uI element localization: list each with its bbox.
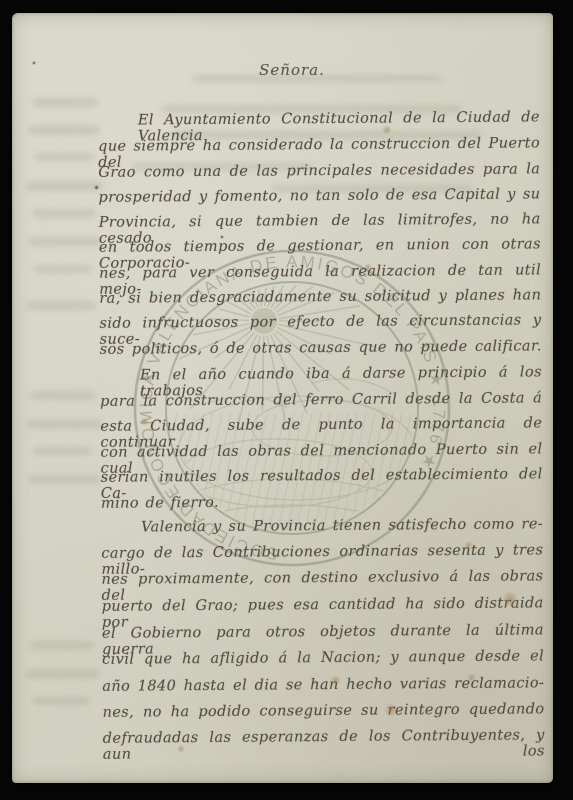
manuscript-line: cargo de las Contribuciones ordinarias s… — [101, 542, 543, 565]
manuscript-line: prosperidad y fomento, no tan solo de es… — [98, 186, 540, 209]
foxing-spot — [140, 417, 149, 426]
manuscript-line: con actividad las obras del mencionado P… — [100, 441, 542, 464]
foxing-spot — [364, 263, 372, 271]
manuscript-line: para la construccion del ferro Carril de… — [100, 390, 542, 413]
manuscript-line: serian inutiles los resultados del estab… — [101, 466, 543, 489]
manuscript-line: el Gobierno para otros objetos durante l… — [102, 622, 544, 645]
manuscript-line: Valencia y su Provincia tienen satisfech… — [141, 516, 543, 539]
manuscript-line: puerto del Grao; pues esa cantidad ha si… — [102, 595, 544, 618]
foxing-spot — [94, 185, 99, 190]
manuscript-line: El Ayuntamiento Constitucional de la Ciu… — [138, 109, 540, 132]
manuscript-line: sido infructuosos por efecto de las circ… — [99, 312, 541, 335]
manuscript-line: que siempre ha considerado la construcci… — [98, 135, 540, 158]
manuscript-line: mino de fierro. — [101, 495, 261, 516]
manuscript-line: nes, no ha podido conseguirse su reinteg… — [102, 701, 544, 724]
document-scan-background: SOCIEDAD ECONOMICA VALENCIANA DE AMIGOS … — [0, 0, 573, 800]
manuscript-line: defraudadas las esperanzas de los Contri… — [103, 727, 545, 750]
foxing-spot — [467, 673, 476, 682]
foxing-spot — [32, 61, 36, 65]
manuscript-line: esta Ciudad, sube de punto la importanci… — [100, 415, 542, 438]
manuscript-line: nes, para ver conseguida la realizacion … — [99, 262, 541, 285]
handwriting-lines: El Ayuntamiento Constitucional de la Ciu… — [11, 9, 558, 783]
foxing-spot — [220, 235, 224, 239]
foxing-spot — [382, 125, 392, 135]
manuscript-line: Provincia, si que tambien de las limitro… — [99, 211, 541, 234]
manuscript-line: en todos tiempos de gestionar, en union … — [99, 236, 541, 259]
foxing-spot — [502, 591, 518, 607]
foxing-spot — [464, 541, 473, 550]
manuscript-page: SOCIEDAD ECONOMICA VALENCIANA DE AMIGOS … — [12, 13, 553, 783]
manuscript-line: año 1840 hasta el dia se han hecho varia… — [102, 675, 544, 698]
foxing-spot — [384, 703, 398, 717]
foxing-spot — [330, 675, 341, 686]
manuscript-line: En el año cuando iba á darse principio á… — [140, 364, 542, 387]
manuscript-line: nes proximamente, con destino exclusivo … — [101, 568, 543, 591]
manuscript-line: sos politicos, ó de otras causas que no … — [100, 338, 542, 361]
manuscript-line: ra, si bien desgraciadamente su solicitu… — [99, 287, 541, 310]
manuscript-line: Grao como una de las principales necesid… — [98, 161, 540, 184]
foxing-spot — [177, 745, 185, 753]
manuscript-line: civil que ha afligido á la Nacion; y aun… — [102, 648, 544, 671]
